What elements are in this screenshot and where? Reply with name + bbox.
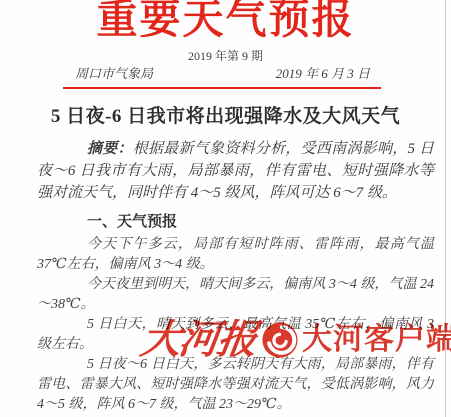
forecast-paragraph-tonight-tomorrow: 今天夜里到明天，晴天间多云，偏南风 3～4 级，气温 24～38℃。	[37, 275, 434, 315]
masthead-divider-rule	[63, 87, 381, 89]
weather-bulletin-page: 重要天气预报 2019 年第 9 期 周口市气象局 2019 年 6 月 3 日…	[0, 0, 451, 417]
abstract-paragraph: 摘要：根据最新气象资料分析，受西南涡影响，5 日夜～6 日我市有大雨，局部暴雨，…	[37, 138, 434, 204]
dahe-daily-calligraphy-wordmark: 大河报	[138, 318, 258, 362]
dahe-client-wordmark: 大河客户端	[302, 321, 451, 359]
dahe-swirl-logo-icon	[261, 321, 299, 359]
abstract-label: 摘要：	[87, 141, 133, 157]
dahe-watermark: 大河报 大河客户端	[141, 318, 451, 362]
masthead-row: 周口市气象局 2019 年 6 月 3 日	[0, 66, 451, 82]
bulletin-subtitle: 5 日夜-6 日我市将出现强降水及大风天气	[0, 104, 451, 130]
section-heading-forecast: 一、天气预报	[37, 212, 434, 232]
bulletin-title: 重要天气预报	[0, 0, 451, 44]
issue-number: 2019 年第 9 期	[0, 49, 451, 63]
bulletin-body: 摘要：根据最新气象资料分析，受西南涡影响，5 日夜～6 日我市有大雨，局部暴雨，…	[0, 138, 451, 415]
forecast-paragraph-day5-night-day6: 5 日夜～6 日白天，多云转阴天有大雨，局部暴雨，伴有雷电、雷暴大风、短时强降水…	[37, 355, 434, 415]
issuing-agency: 周口市气象局	[75, 66, 153, 82]
forecast-paragraph-today-afternoon: 今天下午多云，局部有短时阵雨、雷阵雨，最高气温 37℃左右，偏南风 3～4 级。	[37, 235, 434, 275]
issue-date: 2019 年 6 月 3 日	[276, 66, 370, 82]
